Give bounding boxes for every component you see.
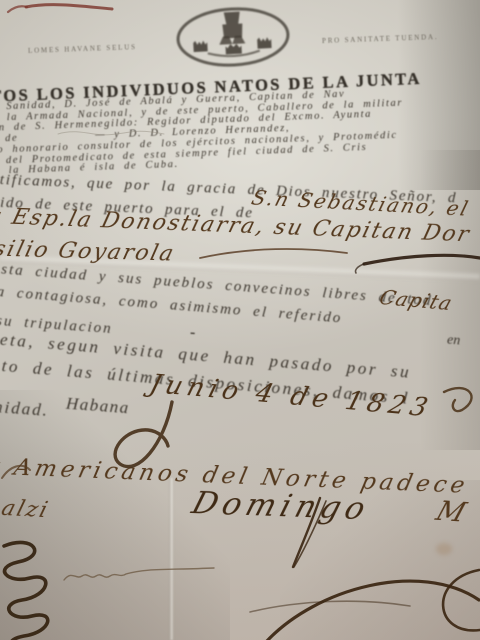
center-squiggle xyxy=(64,568,214,580)
faded-gap-squiggle xyxy=(58,131,164,135)
domingo-tail-spike-1 xyxy=(293,498,320,567)
red-mark-top-left xyxy=(26,5,112,9)
junio-j-descender-loop xyxy=(115,402,172,467)
ink-flourishes xyxy=(0,0,480,640)
signature-right-ellipse xyxy=(443,570,480,630)
date-end-flourish xyxy=(444,388,472,411)
goyarola-flourish-dash xyxy=(200,249,347,258)
coil-flourish-bottom-left xyxy=(4,542,48,640)
photo-of-document: LOMES HAVANE SELUS PRO SANITATE TUENDA. … xyxy=(0,0,480,640)
signature-under-curve xyxy=(250,601,410,612)
domingo-tail-spike-2 xyxy=(294,501,326,567)
heavy-ink-dash-right xyxy=(364,255,480,264)
heavy-dash-hook xyxy=(355,264,364,273)
note-lead-flourish xyxy=(2,466,30,478)
red-mark-hook xyxy=(8,6,27,12)
